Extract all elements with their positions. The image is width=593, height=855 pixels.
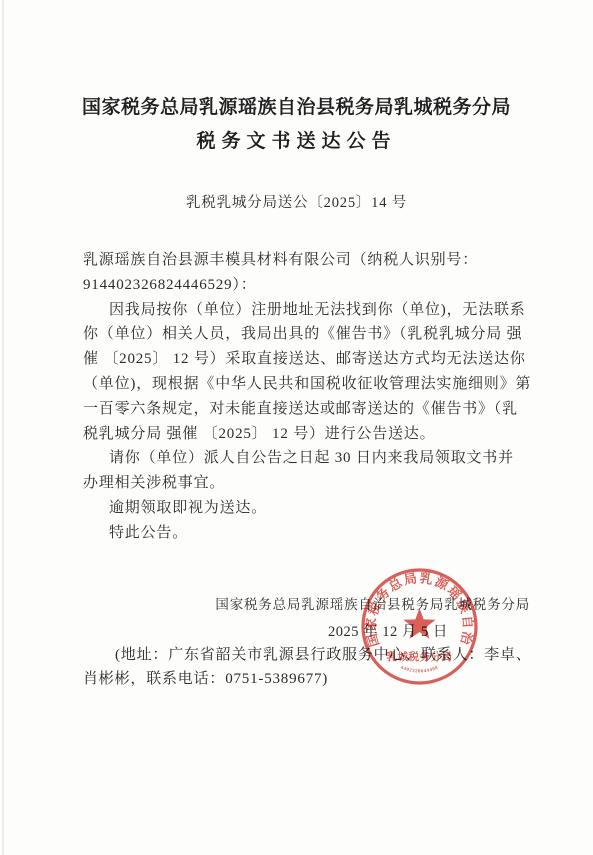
body-line: 一百零六条规定，对未能直接送达或邮寄送达的《催告书》（乳 bbox=[83, 397, 523, 422]
svg-text:国家税务总局乳源瑶族自治县税务局: 国家税务总局乳源瑶族自治县税务局 bbox=[359, 566, 476, 649]
seal-center-text: 乳城税务分局 bbox=[387, 650, 453, 663]
body-line: 逾期领取即视为送达。 bbox=[83, 496, 523, 521]
document-title: 国家税务总局乳源瑶族自治县税务局乳城税务分局 税务文书送达公告 bbox=[0, 91, 593, 159]
body-line: 914402326824446529）： bbox=[83, 273, 523, 298]
seal-ring-text: 国家税务总局乳源瑶族自治县税务局 bbox=[359, 566, 476, 649]
body-line: 催 〔2025〕 12 号）采取直接送达、邮寄送达方式均无法送达你 bbox=[83, 347, 523, 372]
body-line: 请你（单位）派人自公告之日起 30 日内来我局领取文书并 bbox=[83, 446, 523, 471]
svg-text:4402320044408: 4402320044408 bbox=[400, 666, 439, 675]
seal-code-digits: 4402320044408 bbox=[400, 666, 439, 675]
title-line-1: 国家税务总局乳源瑶族自治县税务局乳城税务分局 bbox=[0, 91, 593, 125]
body-line: （单位)，现根据《中华人民共和国税收征收管理法实施细则》第 bbox=[83, 372, 523, 397]
contact-line: 肖彬彬，联系电话：0751-5389677) bbox=[83, 667, 328, 692]
body-line: 办理相关涉税事宜。 bbox=[83, 471, 523, 496]
body-line: 税乳城分局 强催 〔2025〕 12 号）进行公告送达。 bbox=[83, 422, 523, 447]
body-line: 因我局按你（单位）注册地址无法找到你（单位)，无法联系 bbox=[83, 298, 523, 323]
seal-star-icon bbox=[403, 608, 435, 639]
body-line: 乳源瑶族自治县源丰模具材料有限公司（纳税人识别号： bbox=[83, 248, 523, 273]
document-body: 乳源瑶族自治县源丰模具材料有限公司（纳税人识别号： 91440232682444… bbox=[83, 248, 523, 546]
title-line-2: 税务文书送达公告 bbox=[0, 125, 593, 159]
official-red-seal: 国家税务总局乳源瑶族自治县税务局 乳城税务分局 4402320044408 bbox=[359, 566, 480, 687]
document-number: 乳税乳城分局送公〔2025〕14 号 bbox=[0, 191, 593, 212]
body-line: 特此公告。 bbox=[83, 521, 523, 546]
body-line: 你（单位）相关人员，我局出具的《催告书》（乳税乳城分局 强 bbox=[83, 322, 523, 347]
scanned-tax-notice-page: 国家税务总局乳源瑶族自治县税务局乳城税务分局 税务文书送达公告 乳税乳城分局送公… bbox=[0, 0, 593, 855]
